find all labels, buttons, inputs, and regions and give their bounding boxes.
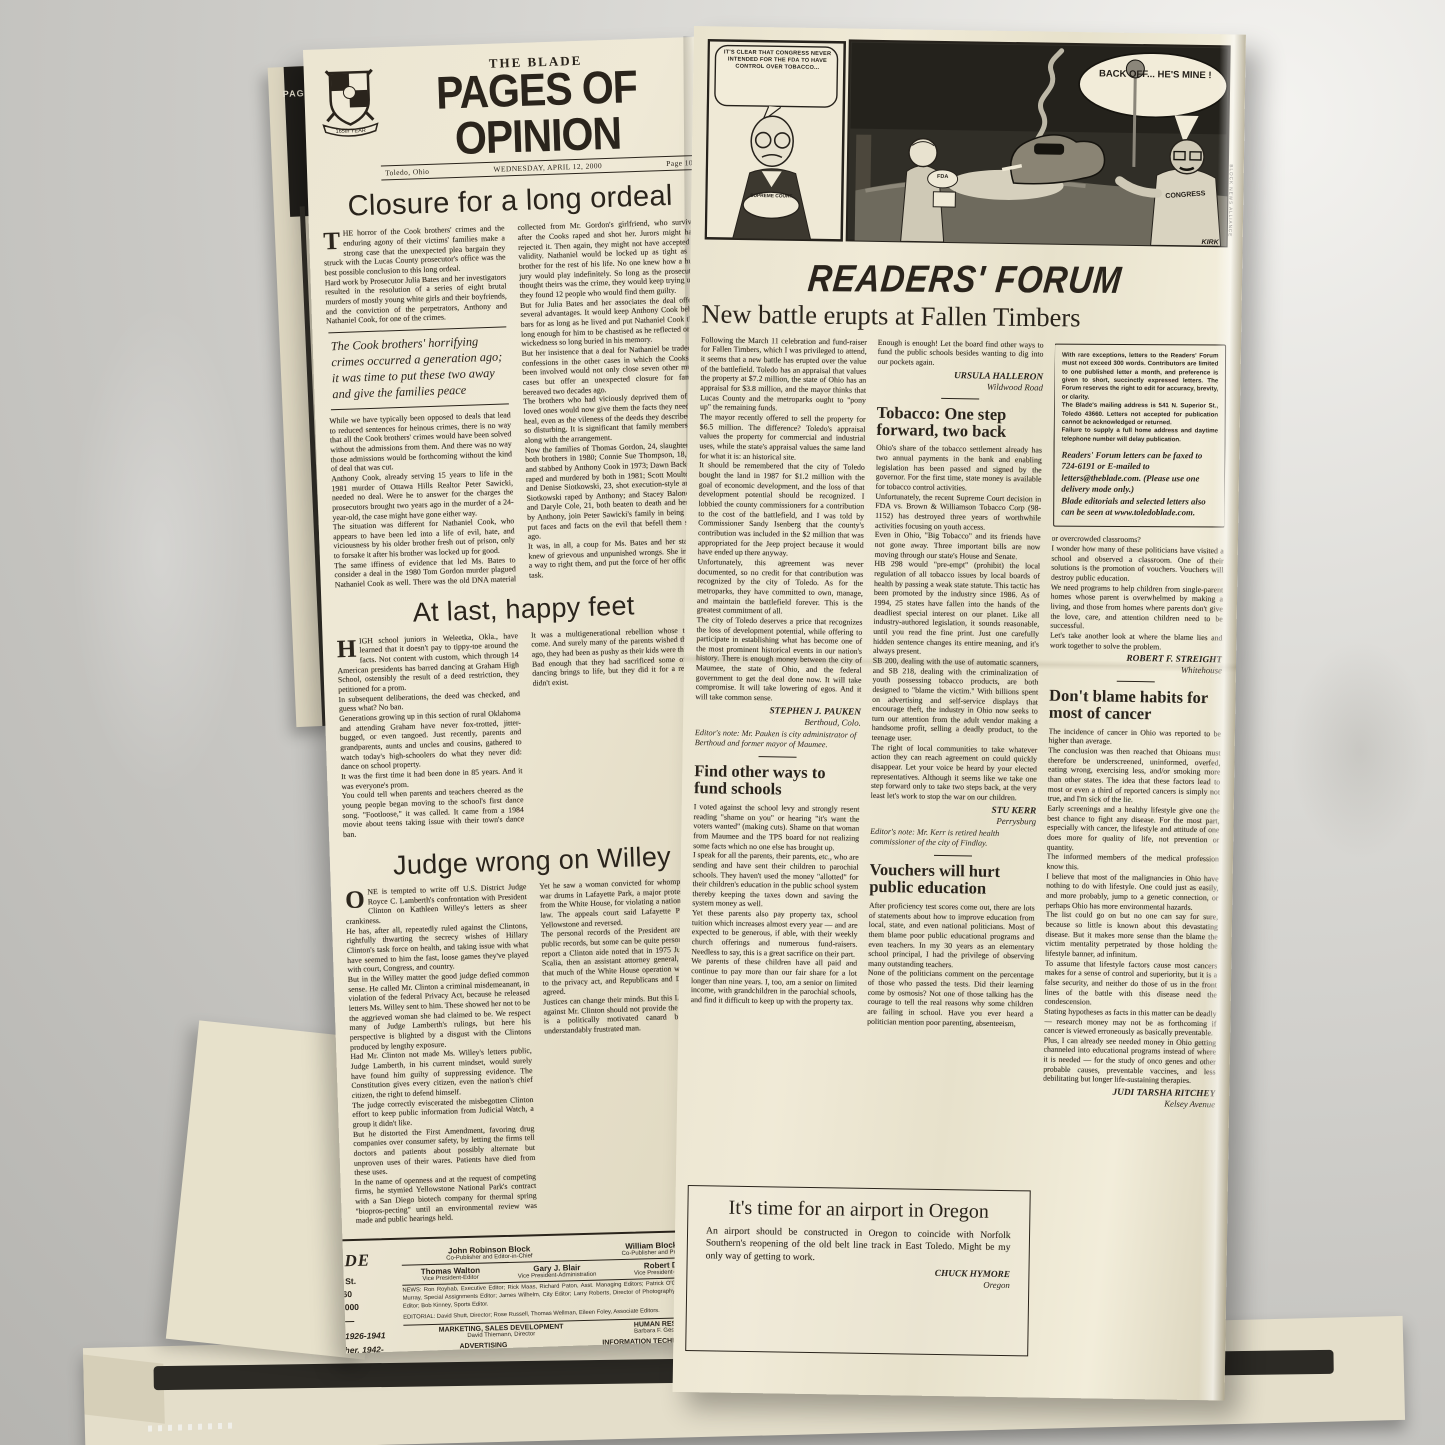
vp-administration: Gary J. BlairVice President-Administrati… xyxy=(518,1263,597,1280)
letter-pauken-body: Following the March 11 celebration and f… xyxy=(695,335,867,704)
crest-banner-text: 165th YEAR xyxy=(336,128,366,135)
letter-halleron-body: Enough is enough! Let the board find oth… xyxy=(877,338,1043,370)
letter-tobacco-headline: Tobacco: One step forward, two back xyxy=(876,405,1042,441)
editorial-closure-headline: Closure for a long ordeal xyxy=(322,180,699,223)
readers-forum-banner: READERS' FORUM xyxy=(700,258,1230,299)
letter-address: Wildwood Road xyxy=(877,380,1043,393)
letter-address: Perrysburg xyxy=(870,814,1036,827)
pull-quote: The Cook brothers' horrifying crimes occ… xyxy=(328,326,508,410)
letters-column-1: Following the March 11 celebration and f… xyxy=(688,335,867,1180)
fda-label: FDA xyxy=(928,174,958,180)
photo-of-newspaper: PAGE 165th YEAR THE BLADE PAGES OF OPINI… xyxy=(0,0,1445,1445)
letter-address: Berthoud, Colo. xyxy=(695,715,861,728)
dept-marketing: MARKETING, SALES DEVELOPMENTDavid Thiema… xyxy=(439,1324,564,1340)
vp-editor: Thomas WaltonVice President-Editor xyxy=(421,1266,481,1283)
letters-policy-box: With rare exceptions, letters to the Rea… xyxy=(1053,343,1226,527)
readers-forum-page: IT'S CLEAR THAT CONGRESS NEVER INTENDED … xyxy=(673,26,1246,1401)
letter-address: Whitehouse xyxy=(1049,663,1222,676)
cartoon-credit: BLOCK NEWS ALLIANCE xyxy=(1228,164,1234,237)
editorial-happy-feet-body: IGH school juniors in Weleetka, Okla., h… xyxy=(337,625,713,839)
background-highlight xyxy=(70,300,250,800)
letter-streight-body: or overcrowded classrooms? I wonder how … xyxy=(1050,534,1224,653)
letter-tobacco-body: Ohio's share of the tobacco settlement a… xyxy=(871,443,1042,803)
editorial-willey-body: NE is tempted to write off U.S. District… xyxy=(346,876,726,1226)
lead-letter-headline: New battle erupts at Fallen Timbers xyxy=(701,301,1227,334)
cartoon-speech-bubble-right: BACK OFF... HE'S MINE ! xyxy=(1095,68,1215,81)
editors-note: Editor's note: Mr. Pauken is city admini… xyxy=(695,728,861,751)
letter-address: Kelsey Avenue xyxy=(1043,1097,1216,1110)
editorial-cartoon: IT'S CLEAR THAT CONGRESS NEVER INTENDED … xyxy=(705,36,1232,252)
supreme-court-label: SUPREME COURT xyxy=(743,194,799,200)
editorial-closure-columns: THE horror of the Cook brothers' crimes … xyxy=(323,217,711,591)
masthead: 165th YEAR THE BLADE PAGES OF OPINION To… xyxy=(317,49,697,182)
letter-airport-headline: It's time for an airport in Oregon xyxy=(706,1196,1011,1223)
letter-vouchers-headline: Vouchers will hurt public education xyxy=(869,862,1035,898)
letter-vouchers-body: After proficiency test scores come out, … xyxy=(867,901,1035,1029)
editorial-willey-headline: Judge wrong on Willey xyxy=(344,840,721,881)
letter-signature: ROBERT F. STREIGHT xyxy=(1050,653,1223,666)
editorial-willey-columns: ONE is tempted to write off U.S. Distric… xyxy=(345,876,732,1230)
editorial-closure-lead: HE horror of the Cook brothers' crimes a… xyxy=(324,224,507,326)
dateline-location: Toledo, Ohio xyxy=(385,167,430,177)
blade-crest-icon: 165th YEAR xyxy=(317,61,382,146)
editorial-happy-feet-columns: HIGH school juniors in Weleetka, Okla., … xyxy=(336,625,719,843)
letter-cancer-body: The incidence of cancer in Ohio was repo… xyxy=(1043,726,1221,1086)
dateline-date: WEDNESDAY, APRIL 12, 2000 xyxy=(493,161,602,174)
letter-airport-box: It's time for an airport in Oregon An ai… xyxy=(685,1185,1030,1356)
letters-column-2: Enough is enough! Let the board find oth… xyxy=(865,338,1044,1183)
editorial-happy-feet: At last, happy feet HIGH school juniors … xyxy=(335,589,719,843)
editorial-closure: Closure for a long ordeal THE horror of … xyxy=(322,180,711,592)
dropcap: O xyxy=(345,887,368,910)
letters-column-3: With rare exceptions, letters to the Rea… xyxy=(1039,341,1227,1360)
letter-divider xyxy=(934,855,972,857)
cartoon-speech-bubble-left: IT'S CLEAR THAT CONGRESS NEVER INTENDED … xyxy=(720,49,834,72)
letters-policy-rules: With rare exceptions, letters to the Rea… xyxy=(1061,351,1218,444)
letter-schools-body: I voted against the school levy and stro… xyxy=(691,802,860,1007)
dropcap: T xyxy=(323,229,343,252)
letter-schools-headline: Find other ways to fund schools xyxy=(694,763,860,799)
letters-policy-contact: Readers' Forum letters can be faxed to 7… xyxy=(1061,449,1218,518)
dropcap: H xyxy=(336,636,359,659)
editorial-willey: Judge wrong on Willey ONE is tempted to … xyxy=(344,840,732,1230)
background-smudge xyxy=(1290,640,1430,860)
co-publisher-1: John Robinson BlockCo-Publisher and Edit… xyxy=(446,1244,533,1261)
letter-airport-body: An airport should be constructed in Oreg… xyxy=(706,1225,1011,1267)
letter-divider xyxy=(941,398,979,400)
letter-cancer-headline: Don't blame habits for most of cancer xyxy=(1049,688,1222,724)
letters-columns: Following the March 11 celebration and f… xyxy=(685,335,1227,1359)
section-title: PAGES OF OPINION xyxy=(378,62,697,164)
editorial-happy-feet-headline: At last, happy feet xyxy=(335,589,712,630)
letter-divider xyxy=(1117,681,1155,683)
editors-note: Editor's note: Mr. Kerr is retired healt… xyxy=(870,827,1036,850)
letter-divider xyxy=(758,756,796,758)
cartoonist-signature: KIRK xyxy=(1201,239,1218,246)
